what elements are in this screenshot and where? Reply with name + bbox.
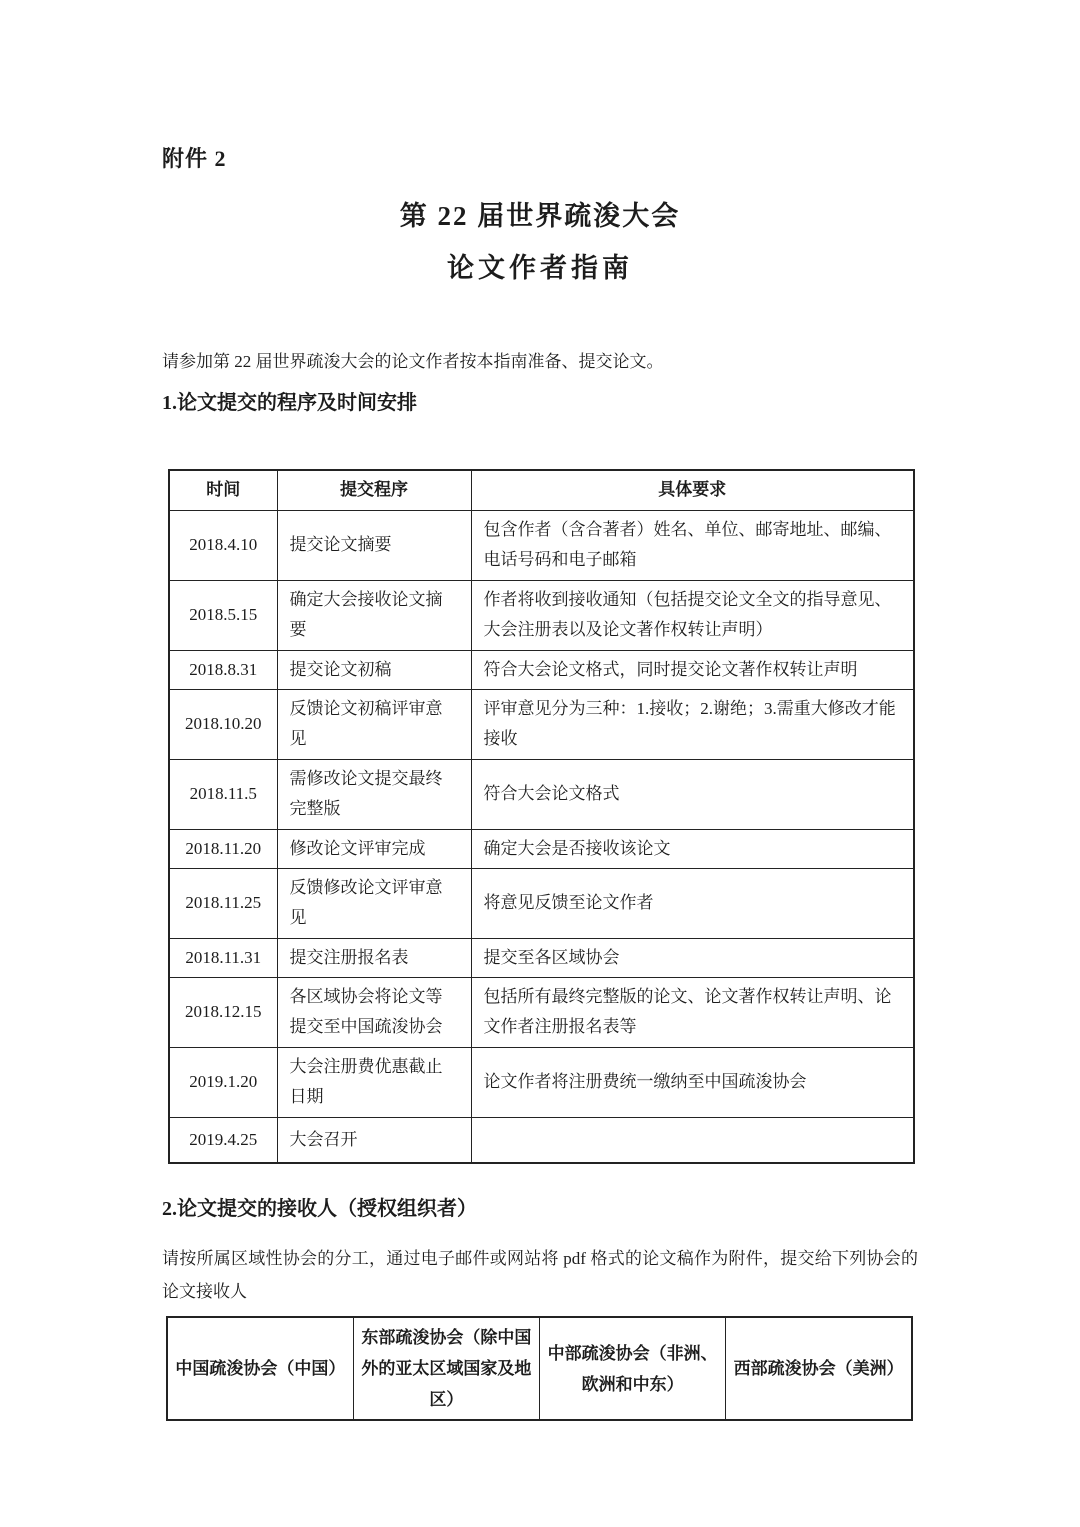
receiver-cell-china: 中国疏浚协会（中国） xyxy=(167,1317,353,1420)
document-page: 附件 2 第 22 届世界疏浚大会 论文作者指南 请参加第 22 届世界疏浚大会… xyxy=(0,0,1080,1527)
schedule-table: 时间 提交程序 具体要求 2018.4.10 提交论文摘要 包含作者（含合著者）… xyxy=(168,469,915,1164)
header-cell-procedure: 提交程序 xyxy=(277,470,471,510)
table-row: 2018.5.15 确定大会接收论文摘要 作者将收到接收通知（包括提交论文全文的… xyxy=(169,580,914,650)
receivers-table: 中国疏浚协会（中国） 东部疏浚协会（除中国外的亚太区域国家及地区） 中部疏浚协会… xyxy=(166,1316,913,1421)
requirement-cell: 符合大会论文格式 xyxy=(471,759,914,829)
procedure-cell: 需修改论文提交最终完整版 xyxy=(277,759,471,829)
table-row: 2018.11.20 修改论文评审完成 确定大会是否接收该论文 xyxy=(169,829,914,868)
requirement-cell: 评审意见分为三种：1.接收；2.谢绝；3.需重大修改才能接收 xyxy=(471,689,914,759)
procedure-cell: 反馈修改论文评审意见 xyxy=(277,868,471,938)
requirement-cell: 符合大会论文格式，同时提交论文著作权转让声明 xyxy=(471,650,914,689)
receiver-cell-central: 中部疏浚协会（非洲、欧洲和中东） xyxy=(540,1317,726,1420)
document-subtitle: 论文作者指南 xyxy=(162,255,918,282)
procedure-cell: 各区域协会将论文等提交至中国疏浚协会 xyxy=(277,977,471,1047)
attachment-label: 附件 2 xyxy=(162,148,918,170)
date-cell: 2019.1.20 xyxy=(169,1047,277,1117)
requirement-cell: 确定大会是否接收该论文 xyxy=(471,829,914,868)
date-cell: 2019.4.25 xyxy=(169,1117,277,1163)
table-row: 2019.4.25 大会召开 xyxy=(169,1117,914,1163)
receiver-cell-eastern: 东部疏浚协会（除中国外的亚太区域国家及地区） xyxy=(353,1317,539,1420)
intro-paragraph: 请参加第 22 届世界疏浚大会的论文作者按本指南准备、提交论文。 xyxy=(162,352,918,371)
date-cell: 2018.11.25 xyxy=(169,868,277,938)
receiver-cell-western: 西部疏浚协会（美洲） xyxy=(726,1317,912,1420)
date-cell: 2018.11.20 xyxy=(169,829,277,868)
header-cell-requirement: 具体要求 xyxy=(471,470,914,510)
procedure-cell: 修改论文评审完成 xyxy=(277,829,471,868)
section2-heading: 2.论文提交的接收人（授权组织者） xyxy=(162,1199,918,1219)
procedure-cell: 确定大会接收论文摘要 xyxy=(277,580,471,650)
date-cell: 2018.4.10 xyxy=(169,510,277,580)
schedule-header-row: 时间 提交程序 具体要求 xyxy=(169,470,914,510)
date-cell: 2018.8.31 xyxy=(169,650,277,689)
date-cell: 2018.12.15 xyxy=(169,977,277,1047)
table-row: 2019.1.20 大会注册费优惠截止日期 论文作者将注册费统一缴纳至中国疏浚协… xyxy=(169,1047,914,1117)
table-row: 2018.11.5 需修改论文提交最终完整版 符合大会论文格式 xyxy=(169,759,914,829)
date-cell: 2018.11.31 xyxy=(169,938,277,977)
table-row: 2018.11.25 反馈修改论文评审意见 将意见反馈至论文作者 xyxy=(169,868,914,938)
requirement-cell: 将意见反馈至论文作者 xyxy=(471,868,914,938)
table-row: 2018.10.20 反馈论文初稿评审意见 评审意见分为三种：1.接收；2.谢绝… xyxy=(169,689,914,759)
requirement-cell: 包括所有最终完整版的论文、论文著作权转让声明、论文作者注册报名表等 xyxy=(471,977,914,1047)
document-title: 第 22 届世界疏浚大会 xyxy=(162,203,918,230)
procedure-cell: 提交论文摘要 xyxy=(277,510,471,580)
procedure-cell: 大会召开 xyxy=(277,1117,471,1163)
requirement-cell: 提交至各区域协会 xyxy=(471,938,914,977)
table-row: 2018.8.31 提交论文初稿 符合大会论文格式，同时提交论文著作权转让声明 xyxy=(169,650,914,689)
date-cell: 2018.10.20 xyxy=(169,689,277,759)
requirement-cell xyxy=(471,1117,914,1163)
requirement-cell: 包含作者（含合著者）姓名、单位、邮寄地址、邮编、电话号码和电子邮箱 xyxy=(471,510,914,580)
table-row: 2018.11.31 提交注册报名表 提交至各区域协会 xyxy=(169,938,914,977)
receivers-row: 中国疏浚协会（中国） 东部疏浚协会（除中国外的亚太区域国家及地区） 中部疏浚协会… xyxy=(167,1317,912,1420)
procedure-cell: 反馈论文初稿评审意见 xyxy=(277,689,471,759)
procedure-cell: 大会注册费优惠截止日期 xyxy=(277,1047,471,1117)
date-cell: 2018.11.5 xyxy=(169,759,277,829)
requirement-cell: 论文作者将注册费统一缴纳至中国疏浚协会 xyxy=(471,1047,914,1117)
section1-heading: 1.论文提交的程序及时间安排 xyxy=(162,393,918,413)
requirement-cell: 作者将收到接收通知（包括提交论文全文的指导意见、大会注册表以及论文著作权转让声明… xyxy=(471,580,914,650)
date-cell: 2018.5.15 xyxy=(169,580,277,650)
header-cell-time: 时间 xyxy=(169,470,277,510)
table-row: 2018.12.15 各区域协会将论文等提交至中国疏浚协会 包括所有最终完整版的… xyxy=(169,977,914,1047)
procedure-cell: 提交注册报名表 xyxy=(277,938,471,977)
table-row: 2018.4.10 提交论文摘要 包含作者（含合著者）姓名、单位、邮寄地址、邮编… xyxy=(169,510,914,580)
section2-paragraph: 请按所属区域性协会的分工，通过电子邮件或网站将 pdf 格式的论文稿作为附件，提… xyxy=(162,1242,918,1308)
procedure-cell: 提交论文初稿 xyxy=(277,650,471,689)
